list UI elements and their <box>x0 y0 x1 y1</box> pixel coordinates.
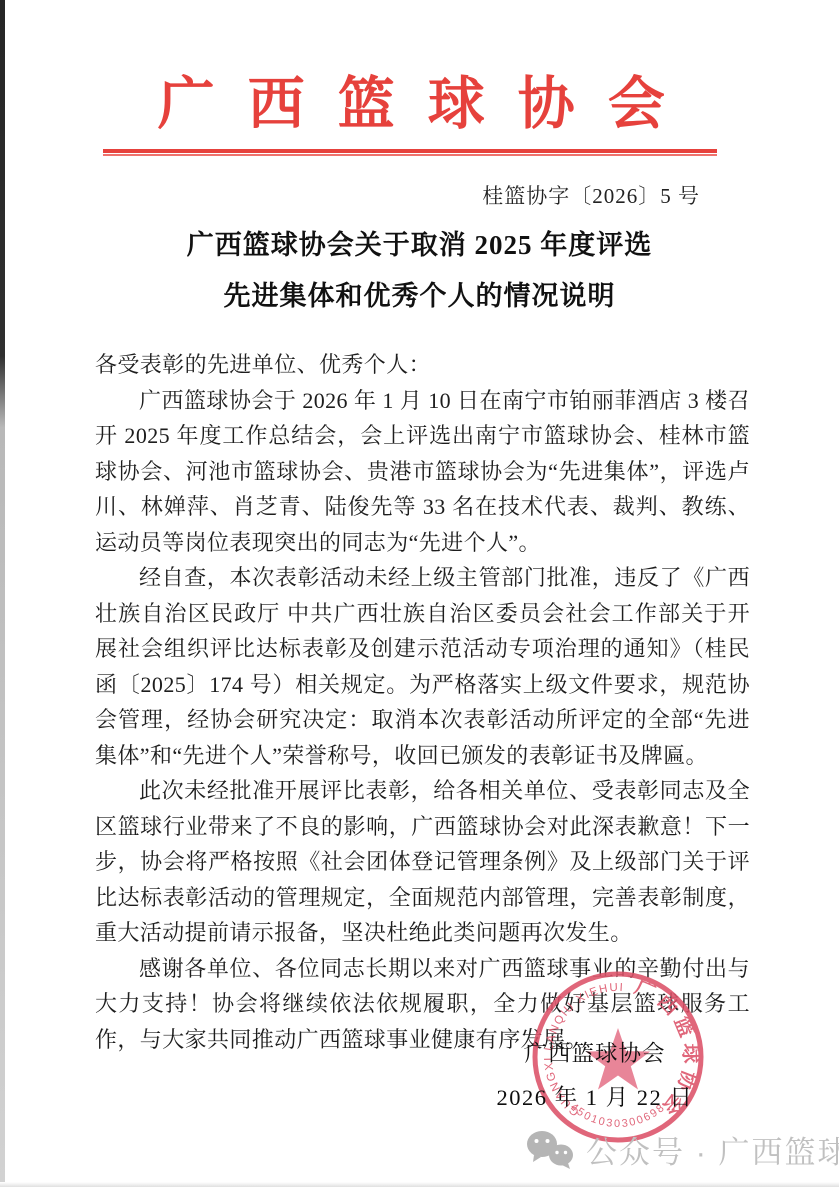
wechat-watermark-label: 公众号 · 广西篮球协会 <box>586 1127 839 1172</box>
divider-thick-line <box>103 149 717 153</box>
letterhead-org-name: 广西篮球协会 <box>0 58 839 140</box>
official-document-page: 广西篮球协会 桂篮协字〔2026〕5 号 广西篮球协会关于取消 2025 年度评… <box>0 0 839 1187</box>
letterhead-divider <box>103 149 717 156</box>
signature-block: 广西篮球协会 2026 年 1 月 22 日 <box>480 1036 710 1112</box>
page-bottom-edge-shadow <box>0 1182 839 1187</box>
signature-org-name: 广西篮球协会 <box>480 1036 710 1068</box>
wechat-icon <box>524 1129 576 1171</box>
wechat-watermark: 公众号 · 广西篮球协会 <box>524 1127 839 1172</box>
document-title-line2: 先进集体和优秀个人的情况说明 <box>0 271 839 322</box>
body-paragraph: 经自查，本次表彰活动未经上级主管部门批准，违反了《广西壮族自治区民政厅 中共广西… <box>95 560 750 773</box>
body-paragraph: 此次未经批准开展评比表彰，给各相关单位、受表彰同志及全区篮球行业带来了不良的影响… <box>95 773 750 951</box>
document-title-line1: 广西篮球协会关于取消 2025 年度评选 <box>0 220 839 271</box>
document-number: 桂篮协字〔2026〕5 号 <box>0 180 700 210</box>
page-left-edge-shadow <box>0 0 5 1187</box>
divider-thin-line <box>103 154 717 156</box>
document-title: 广西篮球协会关于取消 2025 年度评选 先进集体和优秀个人的情况说明 <box>0 220 839 322</box>
document-body: 各受表彰的先进单位、优秀个人： 广西篮球协会于 2026 年 1 月 10 日在… <box>95 347 750 1057</box>
salutation: 各受表彰的先进单位、优秀个人： <box>95 347 750 383</box>
signature-date: 2026 年 1 月 22 日 <box>480 1080 710 1112</box>
body-paragraph: 广西篮球协会于 2026 年 1 月 10 日在南宁市铂丽菲酒店 3 楼召开 2… <box>95 383 750 561</box>
